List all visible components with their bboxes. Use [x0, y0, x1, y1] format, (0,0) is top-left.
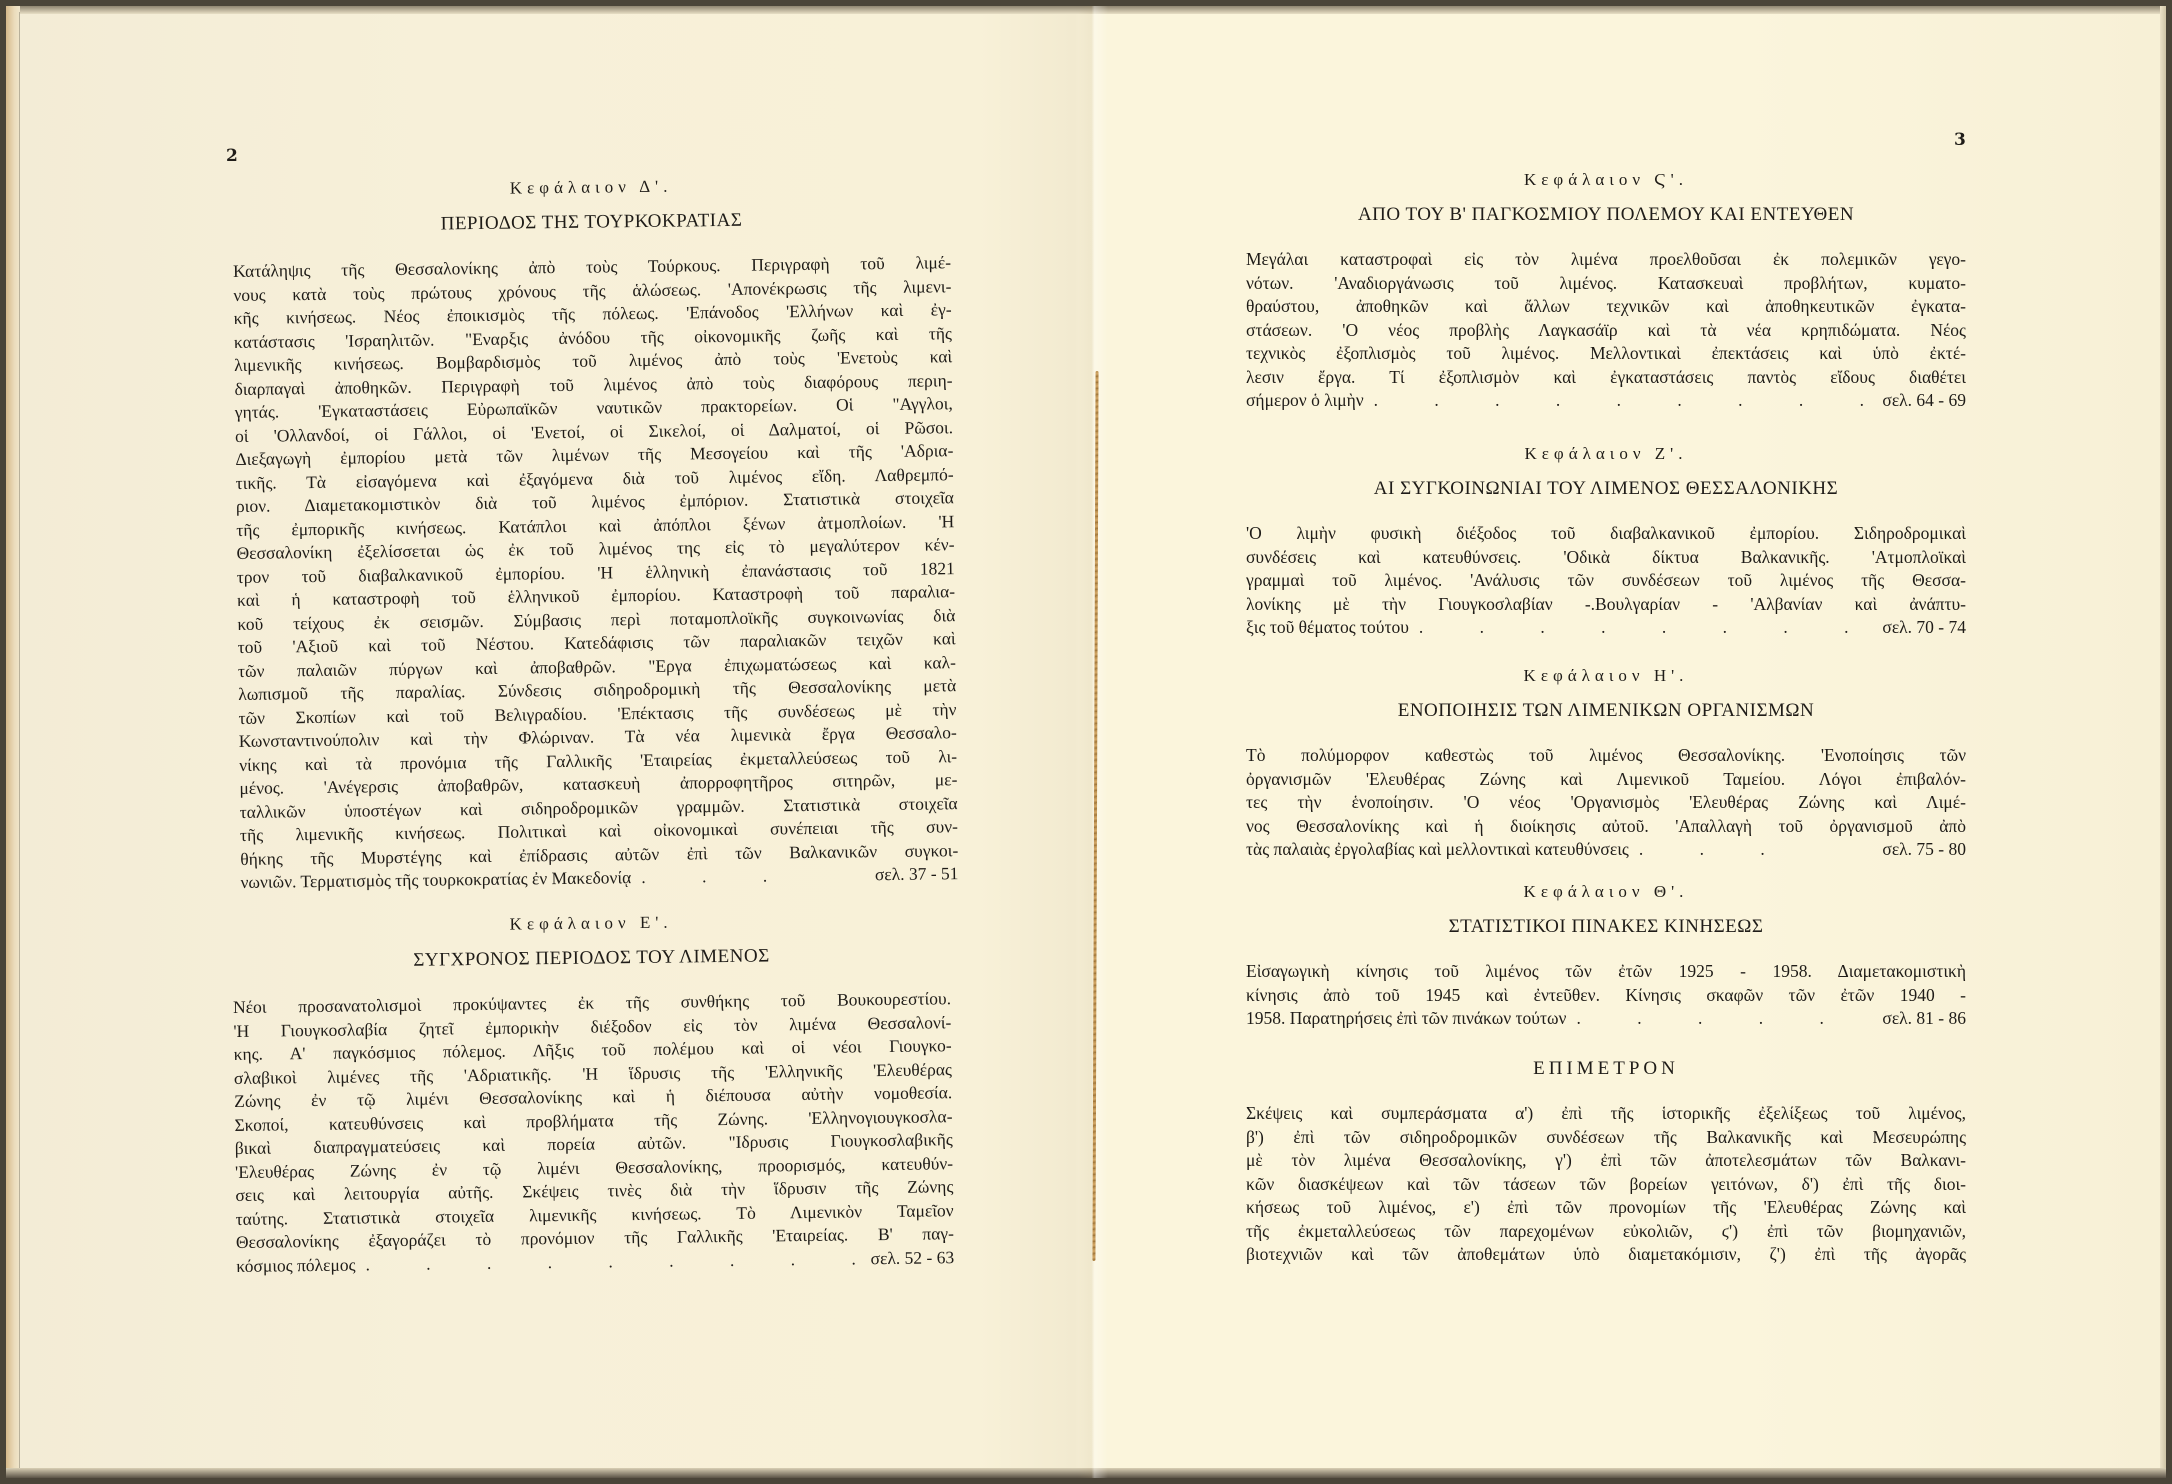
text-line: κῶν διασκέψεων καὶ τῶν τάσεων τῶν βορείω…	[1246, 1173, 1966, 1197]
chapter-block-eta: Κεφάλαιον Η'. ΕΝΟΠΟΙΗΣΙΣ ΤΩΝ ΛΙΜΕΝΙΚΩΝ Ο…	[1246, 666, 1966, 862]
text-line: β') ἐπὶ τῶν σιδηροδρομικῶν συνδέσεων τῆς…	[1246, 1126, 1966, 1150]
toc-entry-text: ξις τοῦ θέματος τούτου	[1246, 616, 1409, 640]
text-line: Σκέψεις καὶ συμπεράσματα α') ἐπὶ τῆς ἱστ…	[1246, 1102, 1966, 1126]
chapter-label: Κεφάλαιον Η'.	[1246, 666, 1966, 686]
text-line: στάσεων. 'Ο νέος προβλὴς Λαγκασάϊρ καὶ τ…	[1246, 319, 1966, 343]
text-line: κίνησις ἀπὸ τοῦ 1945 καὶ ἐντεῦθεν. Κίνησ…	[1246, 984, 1966, 1008]
page-range: σελ. 75 - 80	[1882, 838, 1966, 862]
dot-leader: . . .	[1639, 838, 1873, 862]
chapter-block-delta: Κεφάλαιον Δ'. ΠΕΡΙΟΔΟΣ ΤΗΣ ΤΟΥΡΚΟΚΡΑΤΙΑΣ…	[232, 173, 959, 894]
text-line: 'Ο λιμὴν φυσικὴ διέξοδος τοῦ διαβαλκανικ…	[1246, 522, 1966, 546]
chapter-title: ΣΤΑΤΙΣΤΙΚΟΙ ΠΙΝΑΚΕΣ ΚΙΝΗΣΕΩΣ	[1246, 916, 1966, 938]
dot-leader: . . . . . . . . . .	[1419, 616, 1872, 640]
page-number: 3	[1954, 130, 1966, 150]
epimetron-block: ΕΠΙΜΕΤΡΟΝ Σκέψεις καὶ συμπεράσματα α') ἐ…	[1246, 1058, 1966, 1267]
text-line: τες τὴν ἑνοποίησιν. 'Ο νέος 'Οργανισμὸς …	[1246, 791, 1966, 815]
page-range: σελ. 64 - 69	[1882, 389, 1966, 413]
text-line: συνδέσεις καὶ κατευθύνσεις. 'Οδικὰ δίκτυ…	[1246, 546, 1966, 570]
dot-leader: . . . . . . . . . .	[365, 1247, 860, 1277]
chapter-block-theta: Κεφάλαιον Θ'. ΣΤΑΤΙΣΤΙΚΟΙ ΠΙΝΑΚΕΣ ΚΙΝΗΣΕ…	[1246, 882, 1966, 1031]
page-range: σελ. 70 - 74	[1882, 616, 1966, 640]
chapter-summary: Εἰσαγωγικὴ κίνησις τοῦ λιμένος τῶν ἐτῶν …	[1246, 960, 1966, 1031]
text-line: νος Θεσσαλονίκης καὶ ἡ διοίκησις αὐτοῦ. …	[1246, 815, 1966, 839]
text-line: Μεγάλαι καταστροφαὶ εἰς τὸν λιμένα προελ…	[1246, 248, 1966, 272]
chapter-block-epsilon: Κεφάλαιον Ε'. ΣΥΓΧΡΟΝΟΣ ΠΕΡΙΟΔΟΣ ΤΟΥ ΛΙΜ…	[232, 909, 954, 1278]
toc-entry-line: σήμερον ὁ λιμὴν . . . . . . . . . . . . …	[1246, 389, 1966, 413]
page-right-edge	[2160, 6, 2166, 1478]
toc-entry-text: σήμερον ὁ λιμὴν	[1246, 389, 1364, 413]
dot-leader: . . . . . . . . . . . .	[1374, 389, 1873, 413]
toc-entry-text: τὰς παλαιὰς ἐργολαβίας καὶ μελλοντικαὶ κ…	[1246, 838, 1629, 862]
page-range: σελ. 37 - 51	[875, 862, 959, 887]
chapter-summary: 'Ο λιμὴν φυσικὴ διέξοδος τοῦ διαβαλκανικ…	[1246, 522, 1966, 640]
text-line: γραμμαὶ τοῦ λιμένος. 'Ανάλυσις τῶν συνδέ…	[1246, 569, 1966, 593]
text-line: ὀργανισμῶν 'Ελευθέρας Ζώνης καὶ Λιμενικο…	[1246, 768, 1966, 792]
chapter-title: ΑΙ ΣΥΓΚΟΙΝΩΝΙΑΙ ΤΟΥ ΛΙΜΕΝΟΣ ΘΕΣΣΑΛΟΝΙΚΗΣ	[1246, 478, 1966, 500]
text-line: τεχνικὸς ἐξοπλισμὸς τοῦ λιμένος. Μελλοντ…	[1246, 342, 1966, 366]
toc-entry-text: νωνιῶν. Τερματισμὸς τῆς τουρκοκρατίας ἐν…	[240, 866, 631, 894]
chapter-label: Κεφάλαιον Ζ'.	[1246, 444, 1966, 464]
toc-entry-text: 1958. Παρατηρήσεις ἐπὶ τῶν πινάκων τούτω…	[1246, 1007, 1566, 1031]
section-title: ΕΠΙΜΕΤΡΟΝ	[1246, 1058, 1966, 1080]
text-line: τῆς ἐκμεταλλεύσεως τῶν παρεχομένων εὐκολ…	[1246, 1220, 1966, 1244]
chapter-title: ΣΥΓΧΡΟΝΟΣ ΠΕΡΙΟΔΟΣ ΤΟΥ ΛΙΜΕΝΟΣ	[232, 943, 950, 974]
book-spread: 2 Κεφάλαιον Δ'. ΠΕΡΙΟΔΟΣ ΤΗΣ ΤΟΥΡΚΟΚΡΑΤΙ…	[6, 6, 2166, 1478]
text-line: νότων. 'Αναδιοργάνωσις τοῦ λιμένος. Κατα…	[1246, 272, 1966, 296]
toc-entry-line: 1958. Παρατηρήσεις ἐπὶ τῶν πινάκων τούτω…	[1246, 1007, 1966, 1031]
text-line: μὲ τὸν λιμένα Θεσσαλονίκης, γ') ἐπὶ τῶν …	[1246, 1149, 1966, 1173]
text-line: λονίκης μὲ τὴν Γιουγκοσλαβίαν -.Βουλγαρί…	[1246, 593, 1966, 617]
toc-entry-text: κόσμιος πόλεμος	[236, 1253, 356, 1278]
chapter-label: Κεφάλαιον Δ'.	[232, 173, 950, 202]
chapter-summary: Μεγάλαι καταστροφαὶ εἰς τὸν λιμένα προελ…	[1246, 248, 1966, 413]
text-line: βιοτεχνιῶν καὶ τῶν ἀποθεμάτων ὑπὸ διαμετ…	[1246, 1243, 1966, 1267]
text-line: θραύστου, ἀποθηκῶν καὶ ἄλλων τεχνικῶν κα…	[1246, 295, 1966, 319]
chapter-title: ΑΠΟ ΤΟΥ Β' ΠΑΓΚΟΣΜΙΟΥ ΠΟΛΕΜΟΥ ΚΑΙ ΕΝΤΕΥΘ…	[1246, 204, 1966, 226]
chapter-summary: Κατάληψις τῆς Θεσσαλονίκης ἀπὸ τοὺς Τούρ…	[233, 251, 959, 894]
chapter-label: Κεφάλαιον Θ'.	[1246, 882, 1966, 902]
text-line: Εἰσαγωγικὴ κίνησις τοῦ λιμένος τῶν ἐτῶν …	[1246, 960, 1966, 984]
chapter-block-stigma: Κεφάλαιον Ϛ'. ΑΠΟ ΤΟΥ Β' ΠΑΓΚΟΣΜΙΟΥ ΠΟΛΕ…	[1246, 170, 1966, 413]
chapter-title: ΕΝΟΠΟΙΗΣΙΣ ΤΩΝ ΛΙΜΕΝΙΚΩΝ ΟΡΓΑΝΙΣΜΩΝ	[1246, 700, 1966, 722]
epimetron-summary: Σκέψεις καὶ συμπεράσματα α') ἐπὶ τῆς ἱστ…	[1246, 1102, 1966, 1267]
chapter-summary: Νέοι προσανατολισμοὶ προκύψαντες ἐκ τῆς …	[233, 987, 954, 1278]
text-line: κήσεως τοῦ λιμένος, ε') ἐπὶ τῶν προνομίω…	[1246, 1196, 1966, 1220]
dot-leader: . . . . .	[1576, 1007, 1872, 1031]
text-line: Τὸ πολύμορφον καθεστὼς τοῦ λιμένος Θεσσα…	[1246, 744, 1966, 768]
chapter-label: Κεφάλαιον Ε'.	[232, 909, 950, 938]
chapter-label: Κεφάλαιον Ϛ'.	[1246, 170, 1966, 190]
chapter-block-zeta: Κεφάλαιον Ζ'. ΑΙ ΣΥΓΚΟΙΝΩΝΙΑΙ ΤΟΥ ΛΙΜΕΝΟ…	[1246, 444, 1966, 640]
page-range: σελ. 81 - 86	[1882, 1007, 1966, 1031]
page-number: 2	[226, 146, 238, 166]
page-range: σελ. 52 - 63	[870, 1246, 954, 1271]
dot-leader: . . .	[641, 863, 865, 889]
chapter-summary: Τὸ πολύμορφον καθεστὼς τοῦ λιμένος Θεσσα…	[1246, 744, 1966, 862]
page-left-edge	[6, 6, 20, 1478]
toc-entry-line: ξις τοῦ θέματος τούτου . . . . . . . . .…	[1246, 616, 1966, 640]
toc-entry-line: τὰς παλαιὰς ἐργολαβίας καὶ μελλοντικαὶ κ…	[1246, 838, 1966, 862]
text-line: λεσιν ἔργα. Τί ἐξοπλισμὸν καὶ ἐγκαταστάσ…	[1246, 366, 1966, 390]
chapter-title: ΠΕΡΙΟΔΟΣ ΤΗΣ ΤΟΥΡΚΟΚΡΑΤΙΑΣ	[232, 207, 950, 238]
